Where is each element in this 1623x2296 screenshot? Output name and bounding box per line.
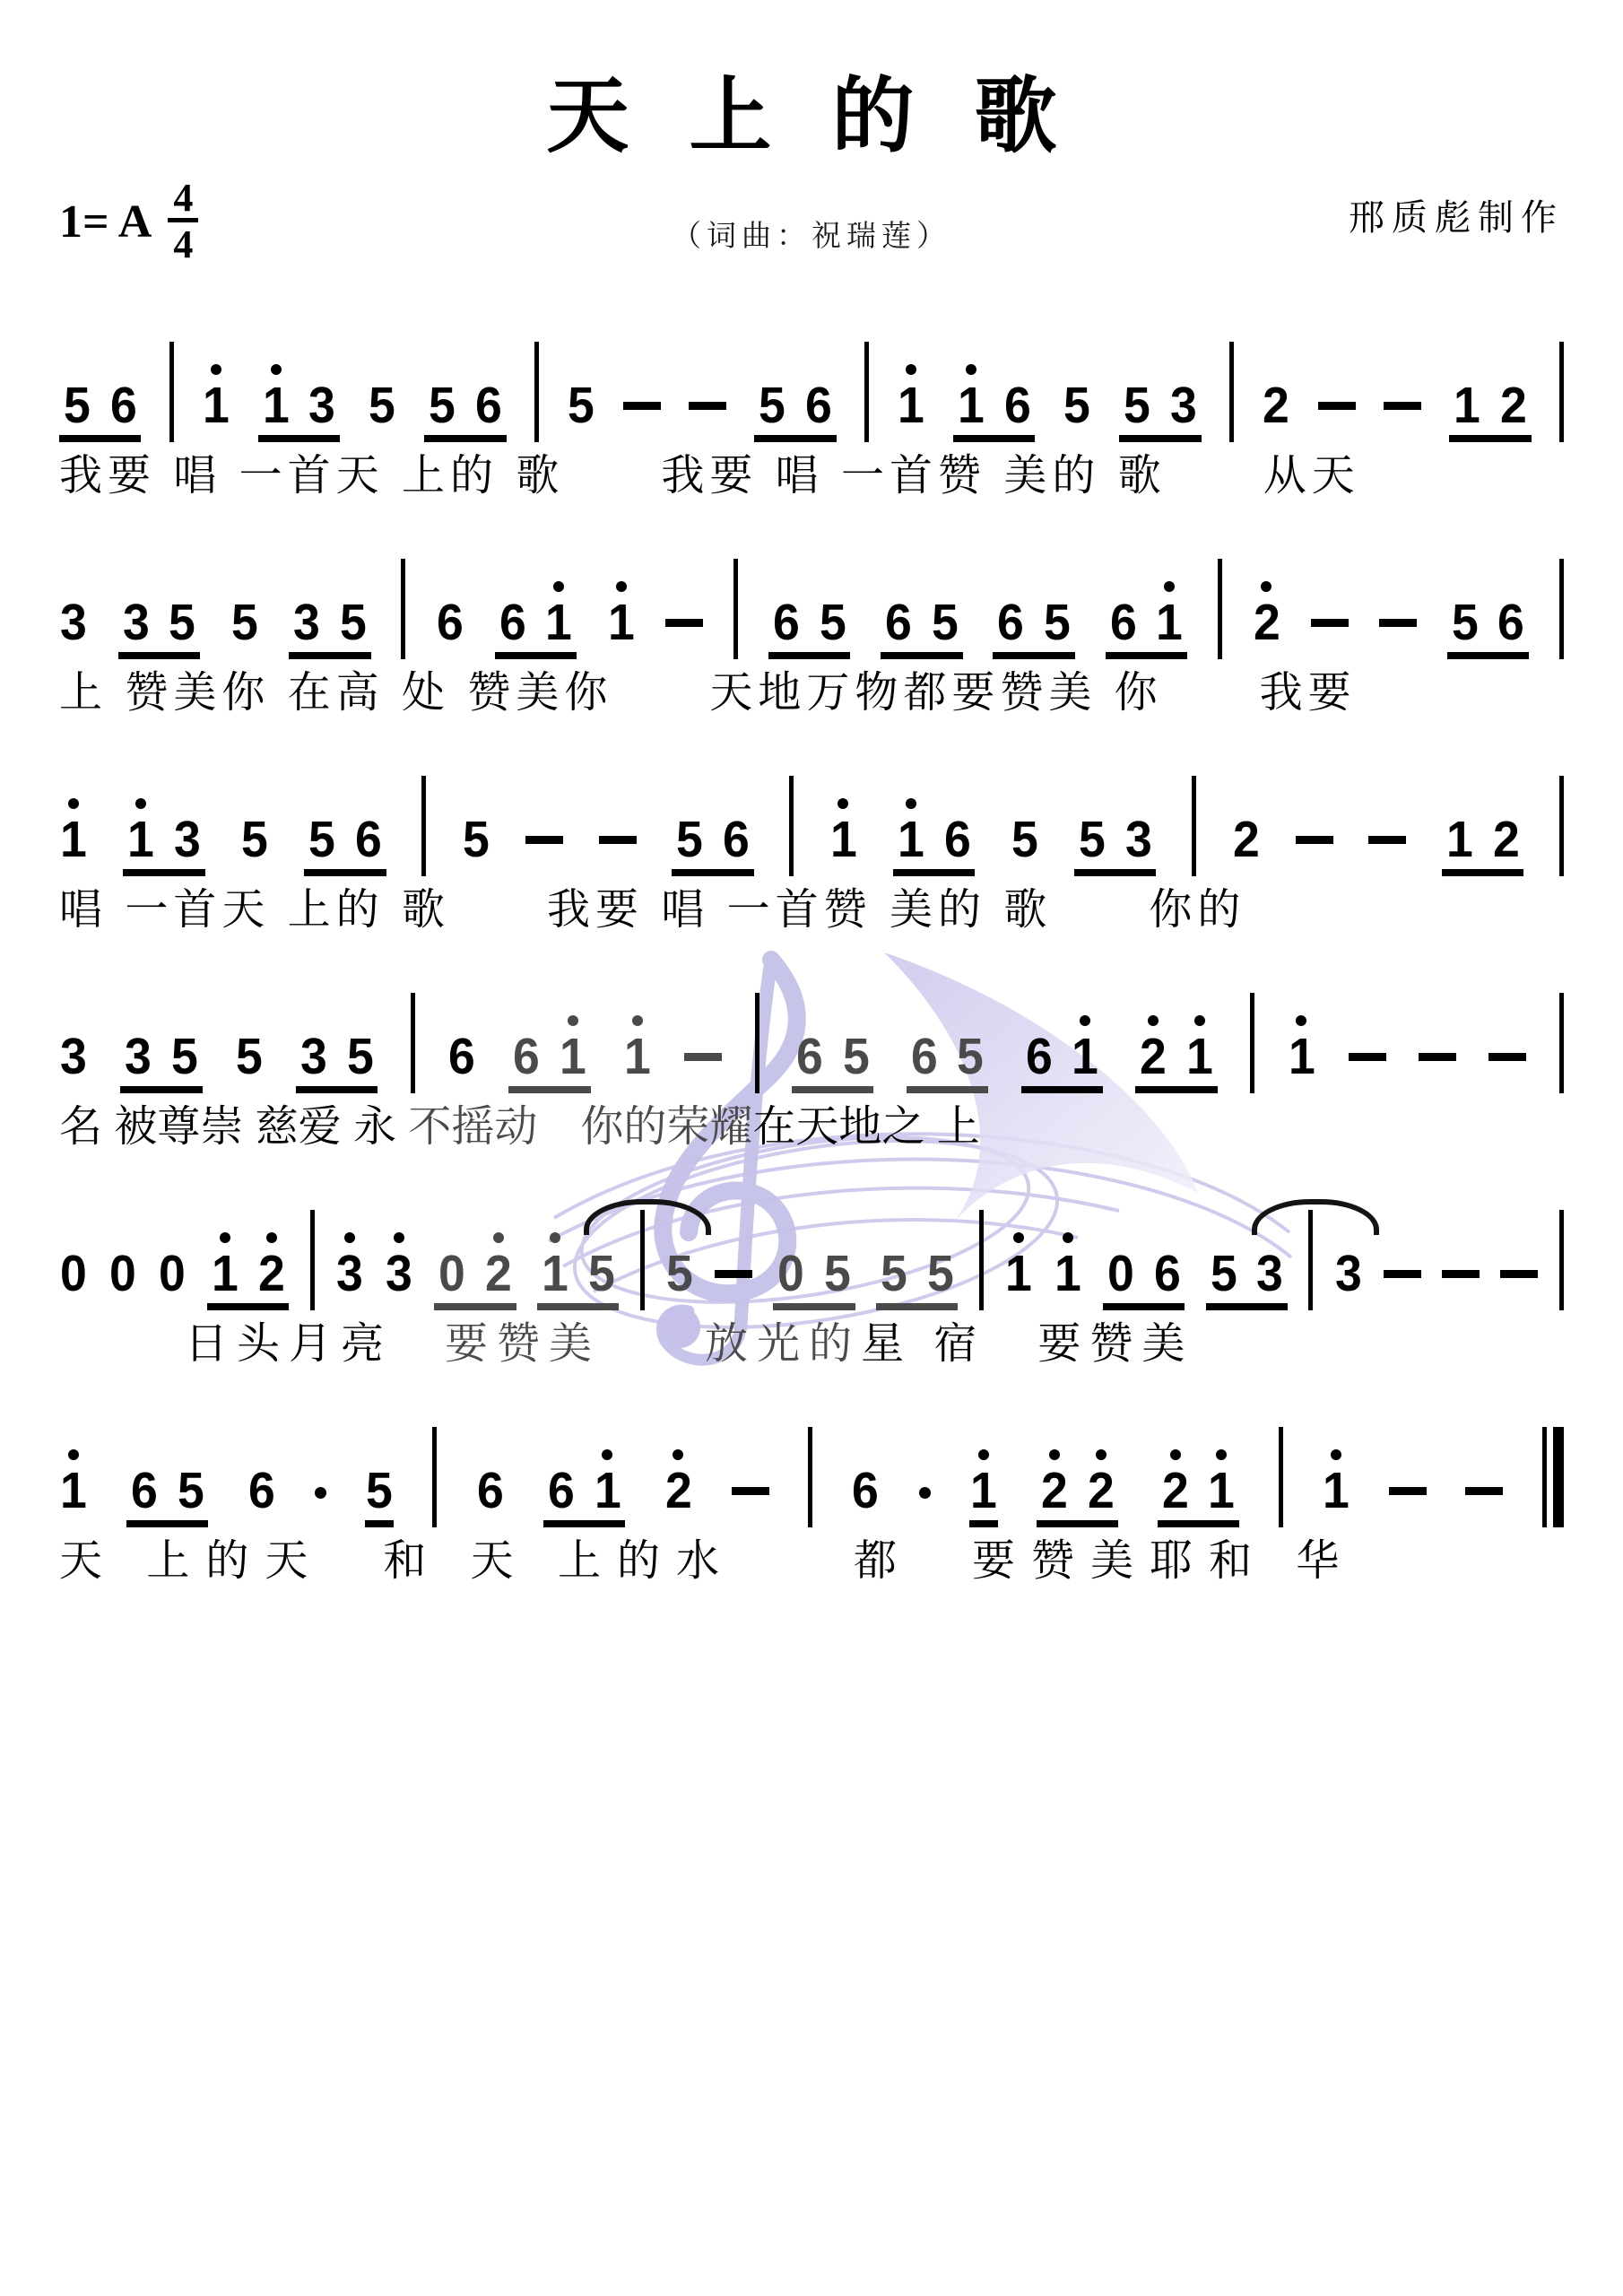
note: 5 (1078, 815, 1107, 864)
beam-group: 61 (543, 1449, 625, 1527)
octave-dot (135, 798, 146, 809)
beam-group: 65 (907, 1032, 988, 1093)
octave-dot (68, 798, 79, 809)
note: 6 (1003, 381, 1032, 430)
note: 1 (1288, 1015, 1316, 1093)
barline (755, 993, 759, 1093)
note-number: 5 (308, 815, 335, 864)
lyric-segment: 名 被尊崇 慈爱 永 (59, 1103, 408, 1151)
lyric-segment (601, 1320, 705, 1368)
note-number: 2 (1254, 598, 1280, 647)
note-number: 5 (369, 381, 395, 430)
note-number: 3 (293, 598, 320, 647)
note: 5 (880, 1249, 908, 1298)
octave-dot (1261, 581, 1271, 592)
note: 1 (897, 364, 925, 442)
note: 1 (1322, 1449, 1350, 1527)
note-number: 6 (448, 1032, 475, 1081)
note-number: 3 (1335, 1249, 1362, 1298)
lyric-segment: 在天地之 上 (752, 1103, 979, 1151)
beam-group: 21 (1135, 1015, 1217, 1093)
note-number: 3 (1170, 381, 1197, 430)
note-number: 5 (1079, 815, 1106, 864)
producer-credit: 邢质彪制作 (1063, 189, 1564, 240)
octave-dot (1331, 1449, 1341, 1460)
barline (1308, 1210, 1313, 1310)
note-row: 113556556116553212 (59, 760, 1564, 876)
beam-group: 21 (1158, 1449, 1239, 1527)
note-number: 5 (759, 381, 785, 430)
augmentation-dot (315, 1487, 326, 1499)
note-number: 6 (805, 381, 832, 430)
note: 3 (1255, 1249, 1284, 1298)
duration-dash (1379, 619, 1417, 627)
beam-group: 02 (434, 1232, 516, 1310)
note-number: 5 (169, 598, 195, 647)
note: 5 (1043, 598, 1072, 647)
note-number: 1 (1186, 1032, 1213, 1081)
duration-dash (1349, 1053, 1386, 1061)
duration-dash (1384, 402, 1421, 410)
note-number: 1 (1323, 1466, 1350, 1515)
note: 1 (1054, 1232, 1082, 1310)
note-number: 6 (852, 1466, 879, 1515)
barline (789, 776, 794, 876)
lyric-segment: 放光的 (705, 1320, 861, 1368)
note: 6 (354, 815, 383, 864)
beam-group: 61 (508, 1015, 590, 1093)
music-system: 1656566126122211天 上的天 和 天 上的水 都 要赞美耶和 华 (59, 1411, 1564, 1588)
note: 1 (211, 1232, 239, 1298)
note-row: 335535661165656561256 (59, 543, 1564, 659)
note: 6 (943, 815, 972, 864)
note-number: 6 (513, 1032, 540, 1081)
barline (1559, 776, 1564, 876)
composer-subtitle: （词曲：祝瑞莲） (560, 213, 1062, 255)
octave-dot (1049, 1449, 1060, 1460)
beam-group: 05 (773, 1249, 855, 1310)
note-number: 0 (777, 1249, 804, 1298)
barline (733, 559, 738, 659)
note: 1 (623, 1015, 652, 1093)
octave-dot (550, 1232, 560, 1243)
barline (808, 1427, 812, 1527)
note-number: 6 (997, 598, 1024, 647)
octave-dot (266, 1232, 277, 1243)
note: 5 (63, 381, 91, 430)
note: 3 (1169, 381, 1198, 430)
note: 5 (230, 598, 259, 659)
note: 3 (59, 1032, 88, 1093)
barline (640, 1210, 645, 1310)
beam-group: 16 (893, 798, 975, 876)
time-signature-denominator: 4 (168, 218, 198, 265)
note-number: 1 (212, 1249, 239, 1298)
note: 2 (1139, 1015, 1167, 1081)
note: 1 (594, 1449, 622, 1515)
note: 6 (247, 1466, 276, 1527)
octave-dot (271, 364, 282, 375)
note-number: 2 (1041, 1466, 1068, 1515)
note-number: 2 (665, 1466, 692, 1515)
note-number: 1 (1055, 1249, 1081, 1298)
octave-dot (1216, 1449, 1227, 1460)
note-number: 1 (958, 381, 985, 430)
beam-group: 65 (993, 598, 1074, 659)
note-number: 6 (355, 815, 382, 864)
beam-group: 61 (495, 581, 577, 659)
note-number: 6 (1004, 381, 1031, 430)
octave-dot (211, 364, 221, 375)
duration-dash (1384, 1270, 1421, 1278)
note-number: 1 (608, 598, 635, 647)
note: 6 (884, 598, 913, 647)
note-number: 2 (1162, 1466, 1189, 1515)
octave-dot (906, 798, 916, 809)
note-number: 5 (1211, 1249, 1237, 1298)
note: 3 (122, 598, 151, 647)
note-number: 3 (1256, 1249, 1283, 1298)
duration-dash (684, 1053, 722, 1061)
note-number: 6 (1497, 598, 1524, 647)
note-number: 0 (109, 1249, 136, 1298)
lyric-segment: 上 赞美你 在高 处 赞美你 天地万物都要赞美 你 我要 (59, 669, 1357, 717)
note: 6 (910, 1032, 939, 1081)
note-number: 5 (236, 1032, 263, 1081)
note: 6 (795, 1032, 824, 1081)
octave-dot (906, 364, 916, 375)
note-row: 1656566126122211 (59, 1411, 1564, 1527)
octave-dot (220, 1232, 230, 1243)
note-number: 5 (171, 1032, 198, 1081)
note: 2 (257, 1232, 286, 1298)
note-number: 5 (568, 381, 595, 430)
note-number: 6 (110, 381, 137, 430)
barline (1559, 342, 1564, 442)
note-number: 3 (60, 598, 87, 647)
note: 2 (1087, 1449, 1115, 1515)
note: 1 (969, 1449, 998, 1527)
note: 5 (931, 598, 959, 647)
note-number: 5 (881, 1249, 907, 1298)
rest: 0 (1107, 1249, 1135, 1298)
note-number: 6 (475, 381, 502, 430)
note: 2 (484, 1232, 513, 1298)
note: 1 (957, 364, 985, 430)
octave-dot (838, 798, 848, 809)
note: 1 (59, 798, 88, 876)
lyric-segment: 日头月亮 (185, 1320, 445, 1368)
note: 3 (385, 1232, 413, 1310)
note-number: 1 (263, 381, 290, 430)
note-number: 1 (1072, 1032, 1098, 1081)
beam-group: 13 (123, 798, 204, 876)
note: 5 (308, 815, 336, 864)
barline (1218, 559, 1222, 659)
barline (1559, 1210, 1564, 1310)
barline (310, 1210, 315, 1310)
note-number: 3 (122, 598, 149, 647)
music-system: 113556556116553212唱 一首天 上的 歌 我要 唱 一首赞 美的… (59, 760, 1564, 937)
note: 6 (996, 598, 1025, 647)
octave-dot (68, 1449, 79, 1460)
music-system: 3355356611656561211名 被尊崇 慈爱 永 不摇动 你的荣耀在天… (59, 977, 1564, 1154)
note: 5 (1063, 381, 1091, 442)
octave-dot (673, 1449, 683, 1460)
note-number: 5 (178, 1466, 204, 1515)
note-number: 1 (542, 1249, 568, 1298)
note: 5 (587, 1249, 616, 1298)
note-number: 1 (203, 381, 230, 430)
duration-dash (732, 1487, 769, 1495)
note: 6 (804, 381, 833, 430)
note: 5 (462, 815, 490, 876)
note-number: 5 (932, 598, 959, 647)
lyric-segment: 要赞美 (445, 1320, 601, 1368)
note-number: 1 (60, 1466, 87, 1515)
duration-dash (1500, 1270, 1538, 1278)
note: 5 (339, 598, 368, 647)
note: 2 (1232, 815, 1261, 876)
note: 2 (1492, 815, 1521, 864)
lyric-row: 上 赞美你 在高 处 赞美你 天地万物都要赞美 你 我要 (59, 666, 1564, 720)
beam-group: 06 (1103, 1249, 1185, 1310)
note: 3 (299, 1032, 328, 1081)
note: 1 (1004, 1232, 1033, 1310)
tie-arc (584, 1199, 711, 1235)
note-number: 1 (594, 1466, 621, 1515)
note-number: 1 (1156, 598, 1183, 647)
barline (979, 1210, 984, 1310)
note: 5 (956, 1032, 985, 1081)
note-number: 3 (308, 381, 335, 430)
rest: 0 (59, 1249, 88, 1310)
note-number: 0 (438, 1249, 465, 1298)
barline (864, 342, 869, 442)
note-number: 5 (957, 1032, 984, 1081)
note-number: 6 (1154, 1249, 1181, 1298)
beam-group: 53 (1206, 1249, 1288, 1310)
note: 3 (124, 1032, 152, 1081)
note: 5 (170, 1032, 199, 1081)
barline (1559, 559, 1564, 659)
note-number: 5 (843, 1032, 870, 1081)
beam-group: 12 (207, 1232, 289, 1310)
final-barline (1542, 1427, 1564, 1527)
barline (1250, 993, 1254, 1093)
note-number: 6 (773, 598, 800, 647)
beam-group: 53 (1074, 815, 1156, 876)
lyric-segment: 我要 唱 一首天 上的 歌 我要 唱 一首赞 美的 歌 从天 (59, 452, 1360, 500)
note-number: 3 (300, 1032, 327, 1081)
note: 1 (1071, 1015, 1099, 1081)
octave-dot (632, 1015, 643, 1026)
note-number: 3 (60, 1032, 87, 1081)
barline (1279, 1427, 1283, 1527)
note-number: 5 (347, 1032, 374, 1081)
beam-group: 61 (1106, 581, 1187, 659)
beam-group: 56 (424, 381, 506, 442)
note: 6 (474, 381, 503, 430)
barline (169, 342, 174, 442)
duration-dash (525, 836, 563, 844)
beam-group: 56 (59, 381, 141, 442)
beam-group: 35 (118, 598, 200, 659)
note-number: 5 (1044, 598, 1071, 647)
note-number: 6 (885, 598, 912, 647)
note: 6 (476, 1466, 505, 1527)
barline (432, 1427, 437, 1527)
note-number: 0 (159, 1249, 186, 1298)
note: 2 (1499, 381, 1528, 430)
octave-dot (553, 581, 564, 592)
note: 2 (1040, 1449, 1069, 1515)
barline (1559, 993, 1564, 1093)
octave-dot (1080, 1015, 1090, 1026)
note-number: 6 (1110, 598, 1137, 647)
note-number: 5 (429, 381, 456, 430)
note: 1 (1207, 1449, 1236, 1515)
note-number: 6 (437, 598, 464, 647)
note: 1 (829, 798, 858, 876)
lyric-segment: 星 宿 要赞美 (861, 1320, 1193, 1368)
note-number: 2 (1088, 1466, 1115, 1515)
note-number: 5 (666, 1249, 693, 1298)
note: 5 (819, 598, 847, 647)
note-number: 6 (911, 1032, 938, 1081)
note-number: 5 (366, 1466, 393, 1515)
duration-dash (1389, 1487, 1427, 1495)
note-number: 1 (60, 815, 87, 864)
duration-dash (1442, 1270, 1480, 1278)
octave-dot (1194, 1015, 1205, 1026)
note: 5 (346, 1032, 375, 1081)
note: 1 (1453, 381, 1481, 430)
note: 1 (202, 364, 230, 442)
octave-dot (1164, 581, 1175, 592)
note: 5 (823, 1249, 852, 1298)
octave-dot (568, 1015, 578, 1026)
beam-group: 56 (304, 815, 386, 876)
beam-group: 55 (876, 1249, 958, 1310)
note: 2 (664, 1449, 693, 1527)
barline (534, 342, 539, 442)
beam-group: 61 (1021, 1015, 1103, 1093)
note-number: 6 (131, 1466, 158, 1515)
note: 1 (544, 581, 573, 647)
lyric-row: 名 被尊崇 慈爱 永 不摇动 你的荣耀在天地之 上 (59, 1100, 1564, 1154)
note-number: 1 (624, 1032, 651, 1081)
note: 3 (173, 815, 202, 864)
lyric-row: 我要 唱 一首天 上的 歌 我要 唱 一首赞 美的 歌 从天 (59, 449, 1564, 503)
note: 5 (1210, 1249, 1238, 1298)
note: 5 (168, 598, 196, 647)
barline (1192, 776, 1196, 876)
key-time-signature: 1= A 4 4 (59, 178, 560, 265)
beam-group: 22 (1037, 1449, 1118, 1527)
note: 1 (607, 581, 636, 659)
note-number: 5 (824, 1249, 851, 1298)
final-barline-thin (1542, 1427, 1547, 1527)
duration-dash (1296, 836, 1333, 844)
note-number: 1 (1288, 1032, 1315, 1081)
lyric-segment: 不摇动 (408, 1103, 537, 1151)
note-number: 1 (898, 381, 924, 430)
beam-group: 35 (120, 1032, 202, 1093)
beam-group: 35 (289, 598, 370, 659)
note: 5 (1011, 815, 1039, 876)
note-number: 3 (1125, 815, 1152, 864)
note-number: 6 (1025, 1032, 1052, 1081)
duration-dash (1318, 402, 1356, 410)
octave-dot (616, 581, 627, 592)
duration-dash (623, 402, 661, 410)
music-system: 56113556556116553212我要 唱 一首天 上的 歌 我要 唱 一… (59, 326, 1564, 503)
final-barline-thick (1553, 1427, 1564, 1527)
octave-dot (1096, 1449, 1107, 1460)
tie-arc (1252, 1199, 1379, 1235)
octave-dot (1296, 1015, 1306, 1026)
note-number: 2 (1232, 815, 1259, 864)
note: 5 (665, 1249, 694, 1310)
note: 6 (851, 1466, 880, 1527)
song-title: 天 上 的 歌 (59, 72, 1564, 162)
note: 1 (559, 1015, 587, 1081)
note-number: 1 (1446, 815, 1473, 864)
octave-dot (493, 1232, 504, 1243)
duration-dash (689, 402, 726, 410)
lyric-segment: 天 上的天 和 天 上的水 都 要赞美耶和 华 (59, 1537, 1355, 1585)
note-number: 1 (127, 815, 154, 864)
beam-group: 65 (792, 1032, 873, 1093)
note: 6 (436, 598, 464, 659)
beam-group: 12 (1442, 815, 1523, 876)
note-number: 3 (336, 1249, 363, 1298)
note: 6 (109, 381, 138, 430)
note-number: 5 (676, 815, 703, 864)
time-signature-numerator: 4 (168, 178, 198, 218)
note-number: 0 (1107, 1249, 1134, 1298)
barline (1229, 342, 1234, 442)
note-number: 5 (231, 598, 258, 647)
beam-group: 53 (1119, 381, 1201, 442)
note-row: 3355356611656561211 (59, 977, 1564, 1093)
note: 1 (59, 1449, 88, 1527)
duration-dash (715, 1270, 752, 1278)
note-number: 6 (499, 598, 526, 647)
note: 5 (177, 1466, 205, 1515)
note: 6 (512, 1032, 541, 1081)
note: 5 (842, 1032, 871, 1081)
note-number: 5 (241, 815, 268, 864)
octave-dot (1013, 1232, 1024, 1243)
systems: 56113556556116553212我要 唱 一首天 上的 歌 我要 唱 一… (59, 326, 1564, 1588)
octave-dot (1170, 1449, 1181, 1460)
note: 1 (126, 798, 155, 864)
duration-dash (1311, 619, 1349, 627)
note: 3 (292, 598, 321, 647)
rest: 0 (777, 1249, 805, 1298)
note-number: 1 (830, 815, 857, 864)
note: 3 (308, 381, 336, 430)
lyric-row: 唱 一首天 上的 歌 我要 唱 一首赞 美的 歌 你的 (59, 883, 1564, 937)
duration-dash (665, 619, 703, 627)
note-number: 6 (548, 1466, 575, 1515)
note-number: 6 (477, 1466, 504, 1515)
beam-group: 15 (537, 1232, 619, 1310)
rest: 0 (158, 1249, 187, 1310)
augmentation-dot (919, 1487, 931, 1499)
